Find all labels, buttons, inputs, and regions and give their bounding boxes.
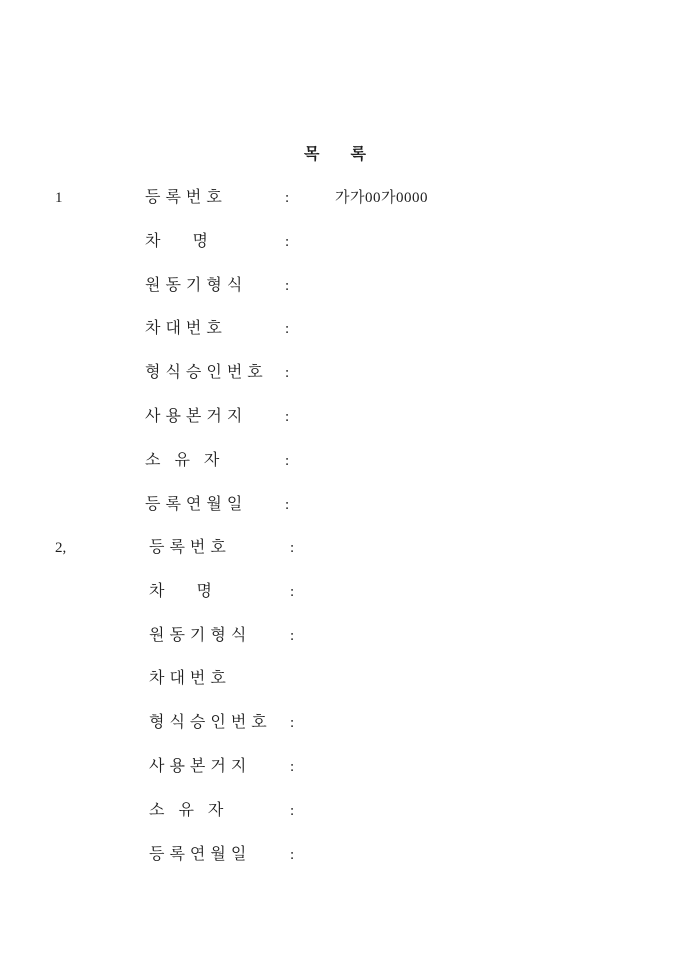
field-row: 차 명 : <box>0 582 680 602</box>
field-separator: : <box>285 495 289 515</box>
field-row: 형식승인번호 : <box>0 363 680 383</box>
field-separator: : <box>285 319 289 339</box>
field-row: 등록연월일 : <box>0 495 680 515</box>
field-row: 사용본거지 : <box>0 407 680 427</box>
field-row: 차 명 : <box>0 232 680 252</box>
field-separator: : <box>290 538 294 558</box>
field-separator: : <box>285 188 289 208</box>
field-label: 사용본거지 <box>149 757 251 777</box>
field-row: 차대번호 <box>0 669 680 689</box>
field-label: 원동기형식 <box>149 626 251 646</box>
field-separator: : <box>290 845 294 865</box>
field-label: 차대번호 <box>145 319 227 339</box>
field-label: 등록연월일 <box>145 495 247 515</box>
field-separator: : <box>290 713 294 733</box>
field-row: 등록연월일 : <box>0 845 680 865</box>
field-row: 형식승인번호 : <box>0 713 680 733</box>
field-separator: : <box>285 276 289 296</box>
field-separator: : <box>285 363 289 383</box>
field-label: 소 유 자 <box>149 801 228 821</box>
field-separator: : <box>290 626 294 646</box>
field-row: 사용본거지 : <box>0 757 680 777</box>
field-separator: : <box>285 451 289 471</box>
field-label: 원동기형식 <box>145 276 247 296</box>
field-label: 형식승인번호 <box>145 363 268 383</box>
field-separator: : <box>290 757 294 777</box>
item-number: 2, <box>55 538 66 558</box>
field-separator: : <box>285 407 289 427</box>
field-label: 차대번호 <box>149 669 231 689</box>
field-separator: : <box>290 582 294 602</box>
field-label: 차 명 <box>149 582 217 602</box>
field-label: 차 명 <box>145 232 213 252</box>
field-row: 1 등록번호 : 가가00가0000 <box>0 188 680 208</box>
field-label: 등록연월일 <box>149 845 251 865</box>
field-row: 원동기형식 : <box>0 626 680 646</box>
field-row: 소 유 자 : <box>0 451 680 471</box>
field-row: 소 유 자 : <box>0 801 680 821</box>
field-value: 가가00가0000 <box>335 188 428 208</box>
field-row: 2, 등록번호 : <box>0 538 680 558</box>
field-label: 사용본거지 <box>145 407 247 427</box>
field-label: 소 유 자 <box>145 451 224 471</box>
field-label: 등록번호 <box>145 188 227 208</box>
document-page: 목 록 1 등록번호 : 가가00가0000 차 명 : 원동기형식 : 차대번… <box>0 0 680 962</box>
item-number: 1 <box>55 188 63 208</box>
field-row: 원동기형식 : <box>0 276 680 296</box>
field-label: 형식승인번호 <box>149 713 272 733</box>
field-label: 등록번호 <box>149 538 231 558</box>
field-separator: : <box>290 801 294 821</box>
field-separator: : <box>285 232 289 252</box>
field-row: 차대번호 : <box>0 319 680 339</box>
document-title: 목 록 <box>304 141 367 164</box>
